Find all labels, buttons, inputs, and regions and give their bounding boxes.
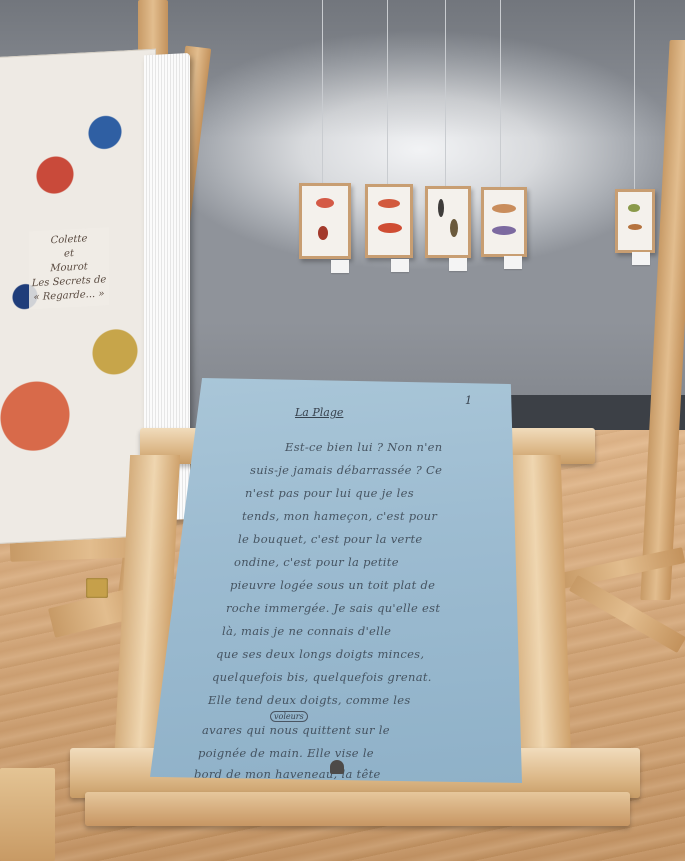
manuscript-line: Elle tend deux doigts, comme les [208, 693, 411, 707]
frame-4 [481, 187, 527, 257]
manuscript-line: tends, mon hameçon, c'est pour [242, 509, 437, 523]
manuscript-clip [330, 760, 344, 774]
manuscript-line: là, mais je ne connais d'elle [222, 624, 391, 638]
manuscript-line: le bouquet, c'est pour la verte [238, 532, 422, 546]
manuscript-line: ondine, c'est pour la petite [234, 555, 399, 569]
manuscript-line: quelquefois bis, quelquefois grenat. [212, 670, 432, 684]
handwritten-manuscript: 1 La Plage Est-ce bien lui ? Non n'en su… [150, 378, 522, 783]
hanging-wire [445, 0, 446, 187]
hanging-wire [634, 0, 635, 190]
frame-1 [299, 183, 351, 259]
frame-2 [365, 184, 413, 258]
hanging-wire [500, 0, 501, 188]
manuscript-line: suis-je jamais débarrassée ? Ce [250, 463, 442, 477]
manuscript-line: pieuvre logée sous un toit plat de [230, 578, 435, 592]
manuscript-insertion: voleurs [270, 711, 308, 722]
manuscript-page-number: 1 [465, 394, 472, 407]
hanging-wire [387, 0, 388, 185]
manuscript-line: poignée de main. Elle vise le [198, 746, 374, 760]
manuscript-line: n'est pas pour lui que je les [245, 486, 414, 500]
foreground-wood-block [0, 768, 55, 861]
frame-label-2 [391, 259, 409, 272]
frame-label-1 [331, 260, 349, 273]
frame-5 [615, 189, 655, 253]
frame-3 [425, 186, 471, 258]
manuscript-title: La Plage [295, 406, 343, 419]
manuscript-line: avares qui nous quittent sur le [202, 723, 390, 737]
frame-label-4 [504, 256, 522, 269]
easel-brass-hinge [86, 578, 108, 598]
hanging-wire [322, 0, 323, 184]
manuscript-line: que ses deux longs doigts minces, [216, 647, 424, 661]
stand-base [85, 792, 630, 826]
manuscript-line: Est-ce bien lui ? Non n'en [285, 440, 442, 454]
frame-label-3 [449, 258, 467, 271]
manuscript-line: roche immergée. Je sais qu'elle est [226, 601, 440, 615]
book-cover-title: Colette et Mourot Les Secrets de « Regar… [29, 227, 109, 309]
frame-label-5 [632, 252, 650, 265]
